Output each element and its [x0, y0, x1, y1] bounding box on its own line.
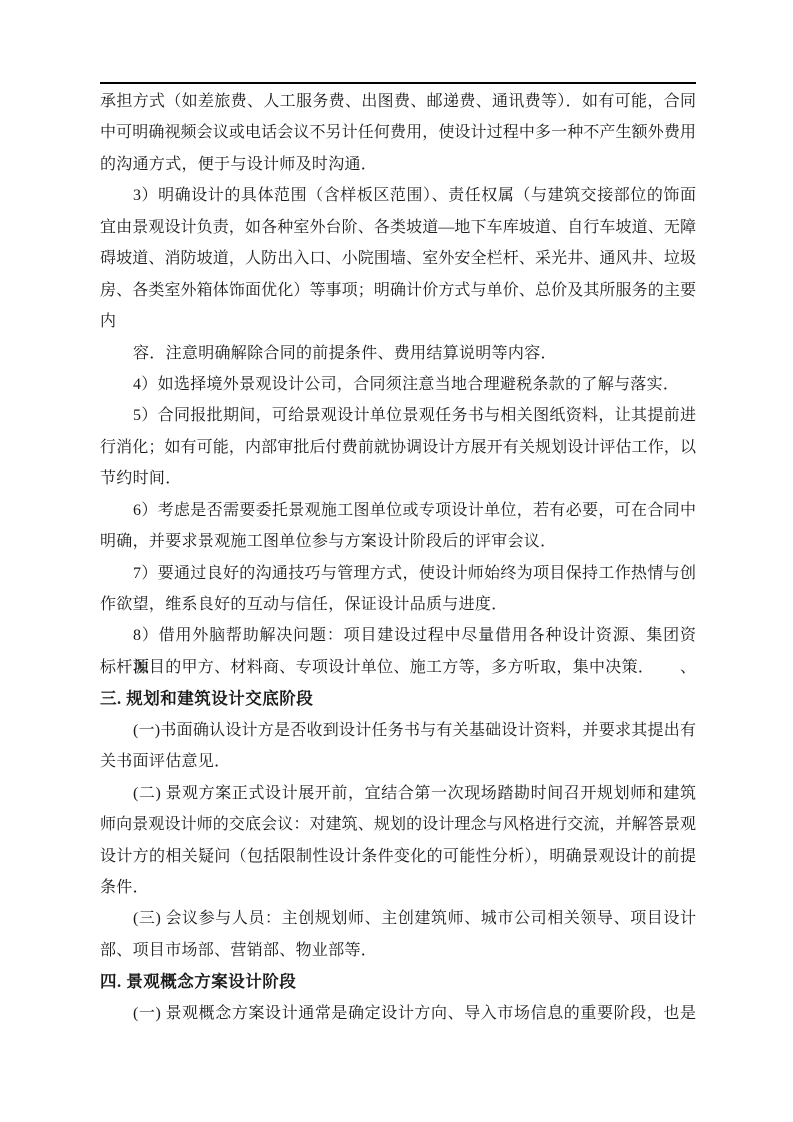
text-line: 碍坡道、消防坡道，人防出入口、小院围墙、室外安全栏杆、采光井、通风井、垃圾	[100, 243, 696, 274]
text-line: 内	[100, 306, 696, 337]
text-line: 容．注意明确解除合同的前提条件、费用结算说明等内容．	[100, 338, 696, 369]
text-line: 4）如选择境外景观设计公司，合同须注意当地合理避税条款的了解与落实．	[100, 369, 696, 400]
section-heading: 四. 景观概念方案设计阶段	[100, 966, 696, 997]
document-page: 承担方式（如差旅费、人工服务费、出图费、邮递费、通讯费等）．如有可能，合同 中可…	[0, 0, 793, 1122]
text-line: (二) 景观方案正式设计展开前，宜结合第一次现场踏勘时间召开规划师和建筑	[100, 778, 696, 809]
text-line: (三) 会议参与人员：主创规划师、主创建筑师、城市公司相关领导、项目设计	[100, 903, 696, 934]
text-line: 部、项目市场部、营销部、物业部等．	[100, 935, 696, 966]
text-line: 中可明确视频会议或电话会议不另计任何费用，使设计过程中多一种不产生额外费用	[100, 117, 696, 148]
text-line: 3）明确设计的具体范围（含样板区范围）、责任权属（与建筑交接部位的饰面	[100, 180, 696, 211]
text-line: 条件．	[100, 872, 696, 903]
section-heading: 三. 规划和建筑设计交底阶段	[100, 683, 696, 714]
text-line: (一)书面确认设计方是否收到设计任务书与有关基础设计资料，并要求其提出有	[100, 715, 696, 746]
text-line: 宜由景观设计负责，如各种室外台阶、各类坡道—地下车库坡道、自行车坡道、无障	[100, 212, 696, 243]
text-line: 师向景观设计师的交底会议：对建筑、规划的设计理念与风格进行交流，并解答景观	[100, 809, 696, 840]
text-line: (一) 景观概念方案设计通常是确定设计方向、导入市场信息的重要阶段，也是	[100, 998, 696, 1029]
text-line: 5）合同报批期间，可给景观设计单位景观任务书与相关图纸资料，让其提前进	[100, 400, 696, 431]
text-line: 设计方的相关疑问（包括限制性设计条件变化的可能性分析），明确景观设计的前提	[100, 841, 696, 872]
text-line: 行消化；如有可能，内部审批后付费前就协调设计方展开有关规划设计评估工作，以	[100, 432, 696, 463]
text-line: 关书面评估意见．	[100, 746, 696, 777]
text-line: 标杆项目的甲方、材料商、专项设计单位、施工方等，多方听取，集中决策．	[100, 652, 696, 683]
document-body: 承担方式（如差旅费、人工服务费、出图费、邮递费、通讯费等）．如有可能，合同 中可…	[100, 86, 696, 1029]
text-line: 7）要通过良好的沟通技巧与管理方式，使设计师始终为项目保持工作热情与创	[100, 558, 696, 589]
text-line: 的沟通方式，便于与设计师及时沟通．	[100, 149, 696, 180]
text-line: 承担方式（如差旅费、人工服务费、出图费、邮递费、通讯费等）．如有可能，合同	[100, 86, 696, 117]
text-line: 节约时间．	[100, 463, 696, 494]
text-line: 明确，并要求景观施工图单位参与方案设计阶段后的评审会议．	[100, 526, 696, 557]
text-line: 作欲望，维系良好的互动与信任，保证设计品质与进度．	[100, 589, 696, 620]
text-line: 8）借用外脑帮助解决问题：项目建设过程中尽量借用各种设计资源、集团资源、	[100, 620, 696, 651]
text-line: 房、各类室外箱体饰面优化）等事项；明确计价方式与单价、总价及其所服务的主要	[100, 275, 696, 306]
text-line: 6）考虑是否需要委托景观施工图单位或专项设计单位，若有必要，可在合同中	[100, 495, 696, 526]
header-rule	[100, 82, 696, 84]
